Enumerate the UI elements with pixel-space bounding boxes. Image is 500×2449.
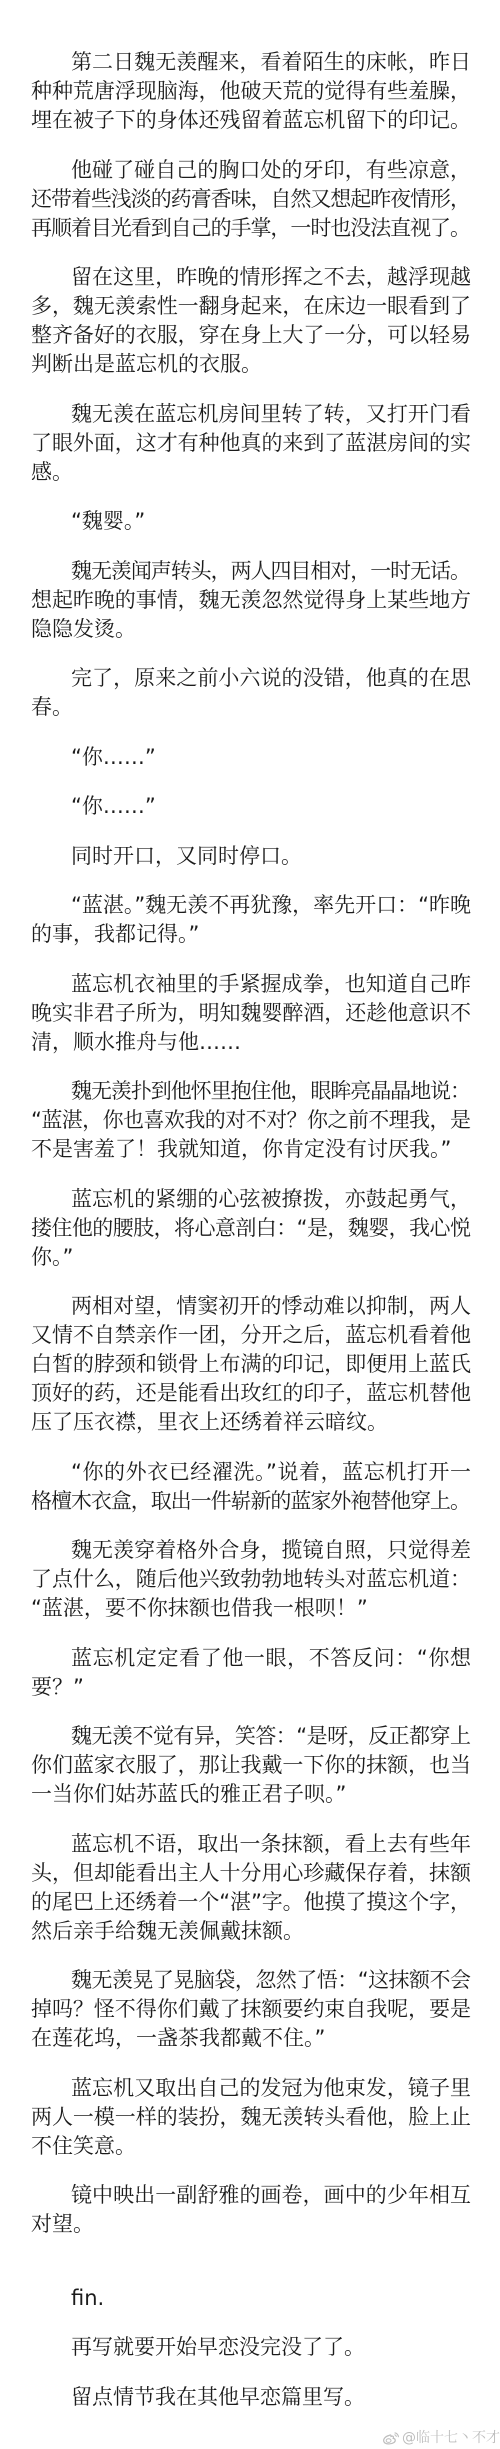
text-line: 留在这里，昨晚的情形挥之不去，越浮现越 [31,263,471,292]
text-line: 蓝忘机的紧绷的心弦被撩拨，亦鼓起勇气， [31,1185,471,1214]
text-line: 顶好的药，还是能看出玫红的印子，蓝忘机替他 [31,1379,471,1408]
text-line: 同时开口，又同时停口。 [31,842,471,871]
text-line: 魏无羡闻声转头，两人四目相对，一时无话。 [31,557,471,586]
text-line: 感。 [31,458,471,487]
text-line: “你的外衣已经濯洗。”说着，蓝忘机打开一 [31,1458,471,1487]
paragraph: “蓝湛。”魏无羡不再犹豫，率先开口：“昨晚 的事，我都记得。” [31,891,471,949]
text-line: 掉吗？怪不得你们戴了抹额要约束自我呢，要是 [31,1995,471,2024]
text-line: 对望。 [31,2210,471,2239]
paragraph: 蓝忘机又取出自己的发冠为他束发，镜子里 两人一模一样的装扮，魏无羡转头看他，脸上… [31,2074,471,2161]
text-line: 了点什么，随后他兴致勃勃地转头对蓝忘机道： [31,1565,471,1594]
text-line: 整齐备好的衣服，穿在身上大了一分，可以轻易 [31,321,471,350]
text-line: 隐隐发烫。 [31,615,471,644]
paragraph: 蓝忘机衣袖里的手紧握成拳，也知道自己昨 晚实非君子所为，明知魏婴醉酒，还趁他意识… [31,970,471,1057]
paragraph: 两相对望，情窦初开的悸动难以抑制，两人 又情不自禁亲作一团，分开之后，蓝忘机看着… [31,1292,471,1437]
text-line: 春。 [31,693,471,722]
text-line: 搂住他的腰肢，将心意剖白：“是，魏婴，我心悦 [31,1214,471,1243]
paragraph: 魏无羡在蓝忘机房间里转了转，又打开门看 了眼外面，这才有种他真的来到了蓝湛房间的… [31,400,471,487]
text-line: 的尾巴上还绣着一个“湛”字。他摸了摸这个字， [31,1888,471,1917]
text-line: 种种荒唐浮现脑海，他破天荒的觉得有些羞臊， [31,77,471,106]
text-line: 留点情节我在其他早恋篇里写。 [31,2383,471,2412]
text-line: 晚实非君子所为，明知魏婴醉酒，还趁他意识不 [31,999,471,1028]
text-line: 魏无羡在蓝忘机房间里转了转，又打开门看 [31,400,471,429]
text-line: 头，但却能看出主人十分用心珍藏保存着，抹额 [31,1859,471,1888]
text-line: 蓝忘机不语，取出一条抹额，看上去有些年 [31,1830,471,1859]
text-line: 清，顺水推舟与他…… [31,1028,471,1057]
text-line: 格檀木衣盒，取出一件崭新的蓝家外袍替他穿上。 [31,1487,471,1516]
text-line: 不是害羞了！我就知道，你肯定没有讨厌我。” [31,1135,471,1164]
text-line: 还带着些浅淡的药膏香味，自然又想起昨夜情形， [31,185,471,214]
paragraph: 魏无羡穿着格外合身，揽镜自照，只觉得差 了点什么，随后他兴致勃勃地转头对蓝忘机道… [31,1536,471,1623]
paragraph: “魏婴。” [31,507,471,536]
text-line: 完了，原来之前小六说的没错，他真的在思 [31,664,471,693]
text-line: 蓝忘机衣袖里的手紧握成拳，也知道自己昨 [31,970,471,999]
text-line: 魏无羡不觉有异，笑答：“是呀，反正都穿上 [31,1722,471,1751]
paragraph: 魏无羡扑到他怀里抱住他，眼眸亮晶晶地说： “蓝湛，你也喜欢我的对不对？你之前不理… [31,1077,471,1164]
paragraph: 镜中映出一副舒雅的画卷，画中的少年相互 对望。 [31,2181,471,2239]
paragraph: 留在这里，昨晚的情形挥之不去，越浮现越 多，魏无羡索性一翻身起来，在床边一眼看到… [31,263,471,379]
text-line: 不住笑意。 [31,2132,471,2161]
text-line: 要？” [31,1673,471,1702]
text-line: 他碰了碰自己的胸口处的牙印，有些凉意， [31,156,471,185]
text-line: 两人一模一样的装扮，魏无羡转头看他，脸上止 [31,2103,471,2132]
paragraph: 蓝忘机定定看了他一眼，不答反问：“你想 要？” [31,1644,471,1702]
paragraph: “你……” [31,743,471,772]
paragraph: 魏无羡不觉有异，笑答：“是呀，反正都穿上 你们蓝家衣服了，那让我戴一下你的抹额，… [31,1722,471,1809]
paragraph: 再写就要开始早恋没完没了了。 [31,2333,471,2362]
paragraph: 留点情节我在其他早恋篇里写。 [31,2383,471,2412]
text-line: 一当你们姑苏蓝氏的雅正君子呗。” [31,1780,471,1809]
watermark: @临十七丶不才 [382,2430,500,2447]
text-line: 白皙的脖颈和锁骨上布满的印记，即便用上蓝氏 [31,1350,471,1379]
text-line: 又情不自禁亲作一团，分开之后，蓝忘机看着他 [31,1321,471,1350]
text-line: 蓝忘机又取出自己的发冠为他束发，镜子里 [31,2074,471,2103]
text-line: 你们蓝家衣服了，那让我戴一下你的抹额，也当 [31,1751,471,1780]
text-line: “蓝湛。”魏无羡不再犹豫，率先开口：“昨晚 [31,891,471,920]
text-line: “魏婴。” [31,507,471,536]
text-line: 蓝忘机定定看了他一眼，不答反问：“你想 [31,1644,471,1673]
text-line: “你……” [31,743,471,772]
paragraph: 他碰了碰自己的胸口处的牙印，有些凉意， 还带着些浅淡的药膏香味，自然又想起昨夜情… [31,156,471,243]
text-line: 压了压衣襟，里衣上还绣着祥云暗纹。 [31,1408,471,1437]
paragraph: “你……” [31,792,471,821]
text-line: 然后亲手给魏无羡佩戴抹额。 [31,1917,471,1946]
text-line: 两相对望，情窦初开的悸动难以抑制，两人 [31,1292,471,1321]
text-line: “你……” [31,792,471,821]
text-line: 的事，我都记得。” [31,920,471,949]
paragraph: 同时开口，又同时停口。 [31,842,471,871]
text-line: fin. [31,2284,471,2313]
text-line: 再顺着目光看到自己的手掌，一时也没法直视了。 [31,214,471,243]
paragraph: 魏无羡晃了晃脑袋，忽然了悟：“这抹额不会 掉吗？怪不得你们戴了抹额要约束自我呢，… [31,1966,471,2053]
paragraph: “你的外衣已经濯洗。”说着，蓝忘机打开一 格檀木衣盒，取出一件崭新的蓝家外袍替他… [31,1458,471,1516]
weibo-logo-icon [382,2431,400,2446]
paragraph: 蓝忘机的紧绷的心弦被撩拨，亦鼓起勇气， 搂住他的腰肢，将心意剖白：“是，魏婴，我… [31,1185,471,1272]
text-line: 了眼外面，这才有种他真的来到了蓝湛房间的实 [31,429,471,458]
text-line: “蓝湛，要不你抹额也借我一根呗！” [31,1594,471,1623]
text-line: 你。” [31,1243,471,1272]
paragraph-fin: fin. [31,2260,471,2313]
text-line: 想起昨晚的事情，魏无羡忽然觉得身上某些地方 [31,586,471,615]
text-line: 魏无羡晃了晃脑袋，忽然了悟：“这抹额不会 [31,1966,471,1995]
paragraph: 第二日魏无羡醒来，看着陌生的床帐，昨日 种种荒唐浮现脑海，他破天荒的觉得有些羞臊… [31,48,471,135]
text-line: 镜中映出一副舒雅的画卷，画中的少年相互 [31,2181,471,2210]
text-line: 魏无羡穿着格外合身，揽镜自照，只觉得差 [31,1536,471,1565]
text-line: 埋在被子下的身体还残留着蓝忘机留下的印记。 [31,106,471,135]
paragraph: 魏无羡闻声转头，两人四目相对，一时无话。 想起昨晚的事情，魏无羡忽然觉得身上某些… [31,557,471,644]
story-body: 第二日魏无羡醒来，看着陌生的床帐，昨日 种种荒唐浮现脑海，他破天荒的觉得有些羞臊… [31,48,471,2432]
text-line: “蓝湛，你也喜欢我的对不对？你之前不理我，是 [31,1106,471,1135]
text-line: 再写就要开始早恋没完没了了。 [31,2333,471,2362]
paragraph: 完了，原来之前小六说的没错，他真的在思 春。 [31,664,471,722]
text-line: 在莲花坞，一盏茶我都戴不住。” [31,2024,471,2053]
text-line: 魏无羡扑到他怀里抱住他，眼眸亮晶晶地说： [31,1077,471,1106]
text-line: 多，魏无羡索性一翻身起来，在床边一眼看到了 [31,292,471,321]
text-line: 第二日魏无羡醒来，看着陌生的床帐，昨日 [31,48,471,77]
paragraph: 蓝忘机不语，取出一条抹额，看上去有些年 头，但却能看出主人十分用心珍藏保存着，抹… [31,1830,471,1946]
watermark-handle: @临十七丶不才 [402,2430,500,2447]
text-line: 判断出是蓝忘机的衣服。 [31,350,471,379]
